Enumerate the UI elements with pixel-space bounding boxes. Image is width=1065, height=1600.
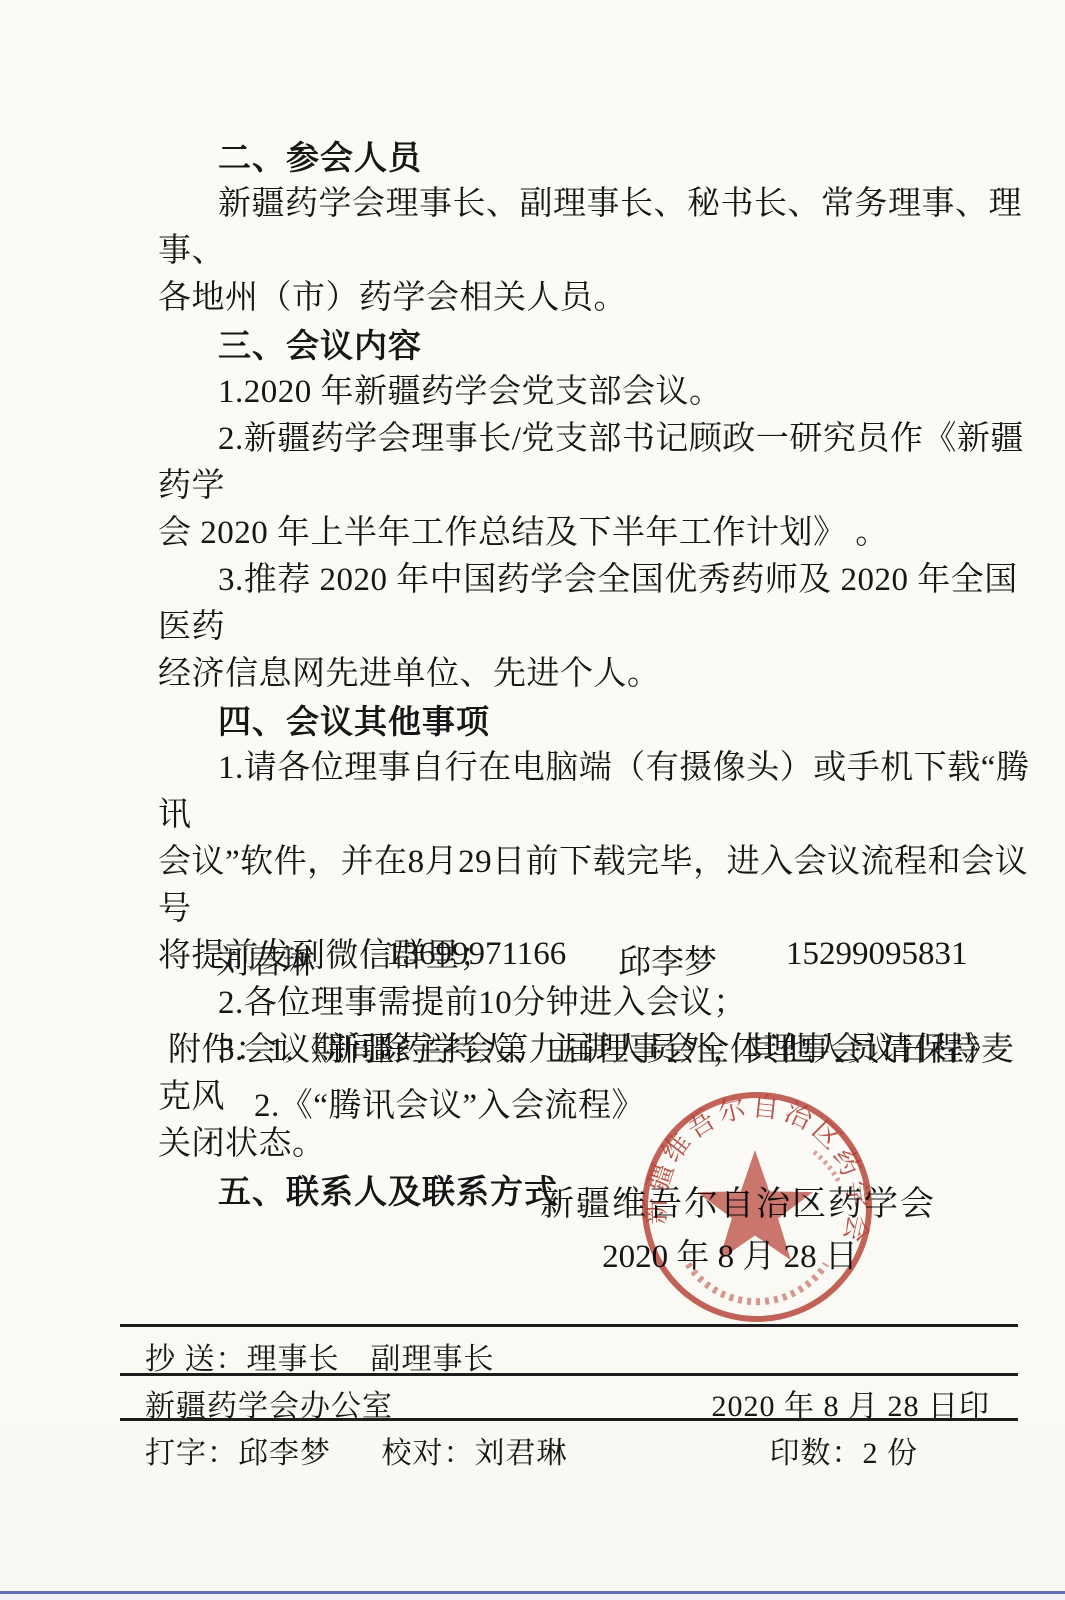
section-heading: 三、会议内容 <box>158 322 1030 369</box>
copy-to-text: 抄 送：理事长 副理事长 <box>145 1343 495 1376</box>
paragraph-line: 1.请各位理事自行在电脑端（有摄像头）或手机下载“腾讯 <box>158 745 1030 839</box>
footer-print-row: 打字：邱李梦 校对：刘君琳 印数：2 份 <box>145 1428 1018 1472</box>
paragraph-line: 2.新疆药学会理事长/党支部书记顾政一研究员作《新疆药学 <box>158 416 1030 510</box>
footer-rule <box>120 1373 1018 1376</box>
contact-name: 刘君琳 <box>216 936 315 983</box>
typist: 打字：邱李梦 <box>145 1437 331 1470</box>
contact-name: 邱李梦 <box>618 936 717 983</box>
paragraph-line: 新疆药学会理事长、副理事长、秘书长、常务理事、理事、 <box>158 181 1030 275</box>
seal-bottom-script <box>688 1264 826 1302</box>
paragraph-line: 会议”软件，并在8月29日前下载完毕，进入会议流程和会议号 <box>158 839 1030 933</box>
official-seal: 新疆维吾尔自治区药学会 <box>636 1086 878 1328</box>
footer-rule <box>120 1324 1018 1327</box>
footer-rule <box>120 1418 1018 1421</box>
seal-graphic: 新疆维吾尔自治区药学会 <box>636 1086 878 1328</box>
paragraph-line: 1.2020 年新疆药学会党支部会议。 <box>158 369 1030 416</box>
scanned-document-page: 二、参会人员 新疆药学会理事长、副理事长、秘书长、常务理事、理事、 各地州（市）… <box>0 0 1065 1600</box>
paragraph-line: 3.推荐 2020 年中国药学会全国优秀药师及 2020 年全国医药 <box>158 557 1030 651</box>
paragraph-line: 经济信息网先进单位、先进个人。 <box>158 651 1030 698</box>
contact-phone: 13699971166 <box>386 936 566 973</box>
seal-star-icon <box>697 1150 813 1260</box>
paragraph-line: 各地州（市）药学会相关人员。 <box>158 275 1030 322</box>
scan-edge-margin <box>0 1594 1065 1600</box>
attachment-line: 附件：1.《新疆药学会第九届理事会全体理事会议日程》 <box>168 1022 998 1078</box>
footer-copy-to: 抄 送：理事长 副理事长 <box>145 1334 1018 1378</box>
paragraph-line: 2.各位理事需提前10分钟进入会议； <box>158 980 1030 1027</box>
contact-phone: 15299095831 <box>786 936 968 973</box>
proofreader: 校对：刘君琳 <box>382 1437 568 1470</box>
paragraph-line: 会 2020 年上半年工作总结及下半年工作计划》 。 <box>158 510 1030 557</box>
section-heading: 二、参会人员 <box>158 134 1030 181</box>
copies-count: 印数：2 份 <box>770 1428 919 1472</box>
section-heading: 四、会议其他事项 <box>158 698 1030 745</box>
contacts-row: 刘君琳 13699971166 邱李梦 15299095831 <box>158 936 1030 976</box>
